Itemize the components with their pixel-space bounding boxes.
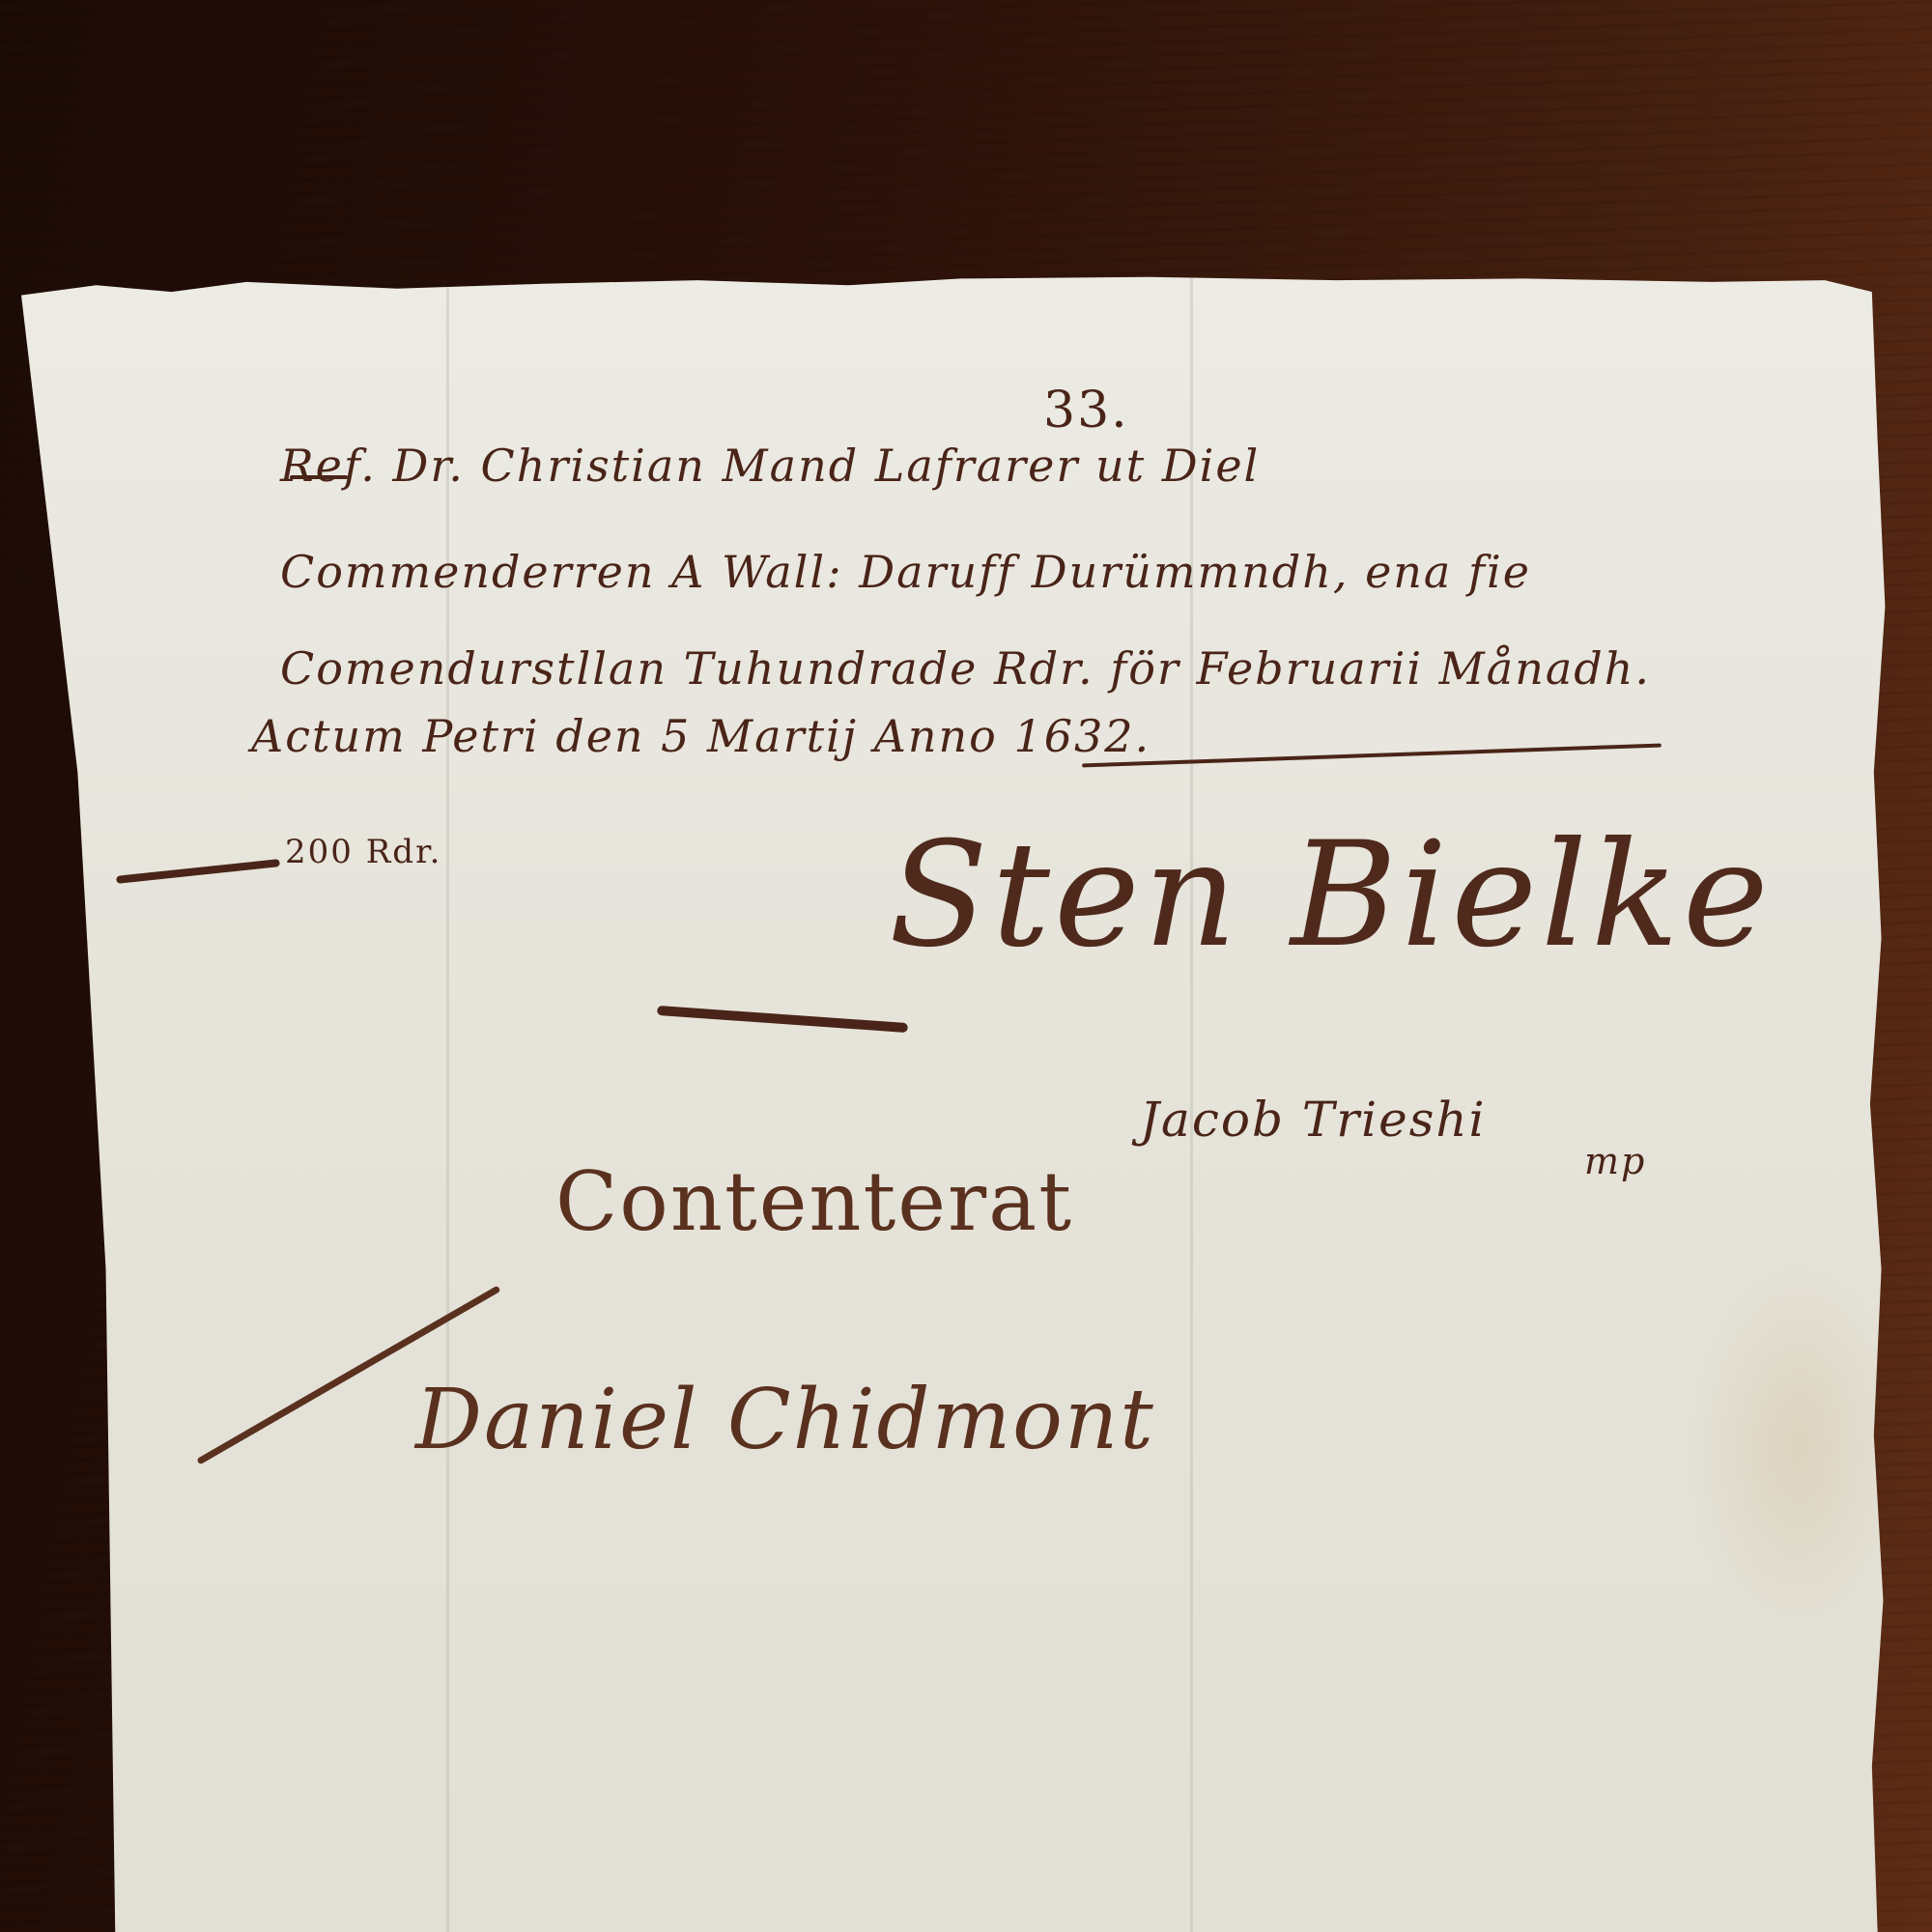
body-line-4-date: Actum Petri den 5 Martij Anno 1632. — [251, 710, 1151, 762]
receipt-note: Contenterat — [555, 1154, 1073, 1249]
document-paper — [21, 275, 1900, 1932]
body-line-1: Ref. Dr. Christian Mand Lafrarer ut Diel — [280, 440, 1260, 492]
receiver-signature: Daniel Chidmont — [415, 1372, 1155, 1468]
signature-secondary: Jacob Trieshi — [1140, 1092, 1487, 1148]
strikethrough-mark — [290, 475, 348, 479]
body-line-2: Commenderren A Wall: Daruff Durümmndh, e… — [280, 546, 1531, 598]
amount-value: 200 Rdr. — [285, 833, 441, 871]
signature-paraph: mp — [1584, 1140, 1646, 1182]
body-line-3: Comendurstllan Tuhundrade Rdr. för Febru… — [280, 642, 1651, 695]
signature-main: Sten Bielke — [889, 811, 1773, 980]
page-number: 33. — [1043, 382, 1129, 440]
paper-fold-line — [446, 275, 449, 1932]
